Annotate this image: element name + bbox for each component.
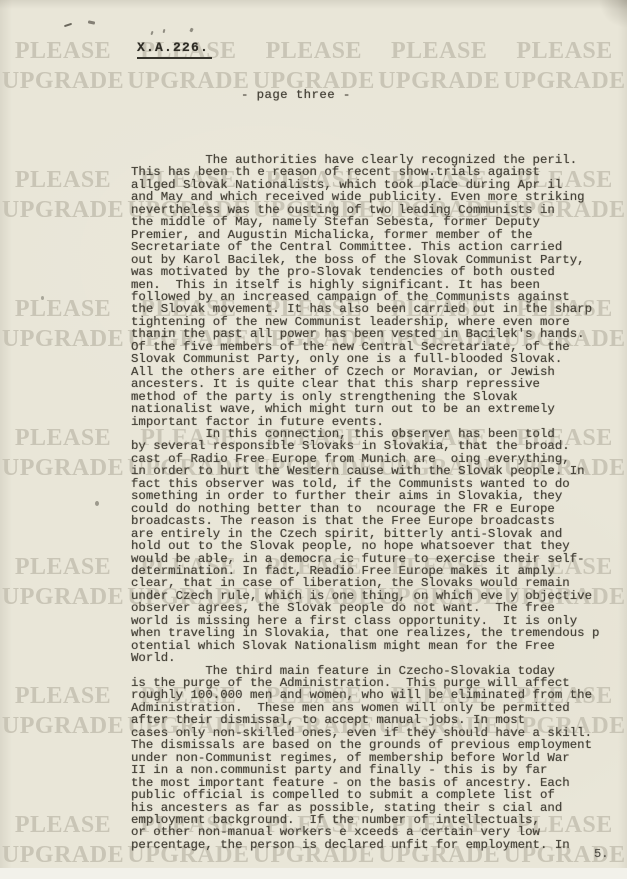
paragraph-3: The third main feature in Czecho-Slovaki… <box>131 665 599 852</box>
ink-speck <box>88 20 95 24</box>
ink-speck <box>163 29 166 33</box>
watermark-cell: PLEASEUPGRADE <box>251 36 377 96</box>
watermark-cell: PLEASEUPGRADE <box>0 165 126 225</box>
watermark-cell: PLEASEUPGRADE <box>502 36 627 96</box>
paragraph-1: The authorities have clearly recognized … <box>131 154 599 428</box>
ink-speck <box>150 31 153 35</box>
ink-speck <box>95 501 99 506</box>
reference-number: X.A.226. <box>137 40 212 59</box>
paper-bottom-edge <box>0 868 627 879</box>
watermark-cell: PLEASEUPGRADE <box>0 423 126 483</box>
ink-speck <box>64 23 72 27</box>
typed-body: The authorities have clearly recognized … <box>131 154 599 851</box>
watermark-cell: PLEASEUPGRADE <box>0 810 126 870</box>
watermark-cell: PLEASEUPGRADE <box>376 36 502 96</box>
watermark-cell: PLEASEUPGRADE <box>0 681 126 741</box>
page-header: - page three - <box>241 88 351 102</box>
watermark-cell: PLEASEUPGRADE <box>0 552 126 612</box>
ink-speck <box>41 296 44 300</box>
paragraph-2: In this connection, this observer has be… <box>131 428 599 665</box>
ink-speck <box>189 28 193 33</box>
document-page: PLEASEUPGRADEPLEASEUPGRADEPLEASEUPGRADEP… <box>0 0 627 868</box>
watermark-cell: PLEASEUPGRADE <box>0 294 126 354</box>
watermark-cell: PLEASEUPGRADE <box>0 36 126 96</box>
page-number: 5. <box>594 847 608 861</box>
